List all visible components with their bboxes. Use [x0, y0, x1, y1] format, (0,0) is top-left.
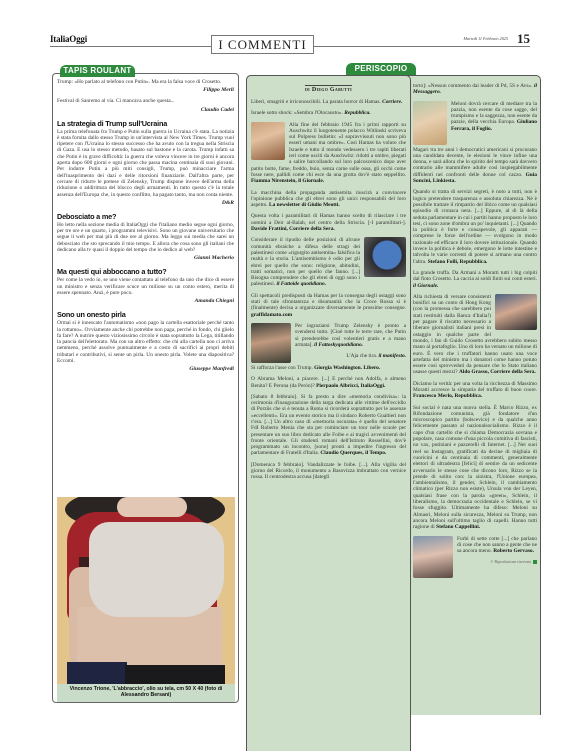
tapis-item-signature: Claudio Cadei — [57, 107, 234, 113]
letter: Debosciato a me? Ho letto nella sezione … — [57, 212, 234, 261]
quote-text: Liberi, smagriti e irriconoscibili. La p… — [251, 99, 381, 105]
letter: La strategia di Trump sull'Ucraina La pr… — [57, 119, 234, 206]
quote-source: il Fattoskyquotidiano. — [314, 342, 363, 348]
quote-source: Stefano Folli, Repubblica. — [428, 259, 488, 265]
masthead: ItaliaOggi I COMMENTI Martedì 11 Febbrai… — [50, 28, 530, 58]
quote: O Abrama Meloni, a piacere. [...] E perc… — [251, 376, 406, 389]
portrait-photo — [251, 122, 285, 160]
quote-text: Quando si tratta di servizi segreti, è n… — [413, 189, 537, 264]
periscopio-tab: PERISCOPIO — [346, 63, 416, 75]
letter-signature: Gianni Macherio — [57, 255, 234, 261]
quote: Alla fine del febbraio 1945 fra i primi … — [251, 122, 406, 185]
quote: La grande truffa. Da Armani a Moratti tu… — [413, 270, 537, 289]
quote-source: il manifesto. — [378, 353, 406, 359]
quote-source: Giorgia Washington. Libero. — [314, 365, 380, 371]
crosetto-photo — [495, 294, 537, 330]
quote: [Sabato 8 febbraio]. Si fa presto a dire… — [251, 394, 406, 457]
quote-text: Israele sotto shock: «Sembra l'Olocausto… — [251, 110, 343, 116]
tapis-item-signature: Filippo Merli — [57, 87, 234, 93]
quote-text: Considerare il ripudio delle posizioni d… — [251, 237, 360, 287]
periscopio-column-2: torto]: «Nessun commento dai leader di P… — [413, 83, 537, 580]
quote-source: il Giornale. — [413, 283, 438, 289]
quote-source: Repubblica. — [344, 110, 371, 116]
quote-source: Claudio Querques, il Tempo. — [320, 450, 386, 456]
dateline: Martedì 11 Febbraio 2025 — [464, 36, 508, 41]
letter-title: Ma questi qui abboccano a tutto? — [57, 267, 234, 276]
tapis-item-text: Festival di Sanremo al via. Ci mancava a… — [57, 98, 234, 104]
quote: Alla richiesta di versare consistenti bo… — [413, 294, 537, 376]
gervaso-photo — [413, 536, 453, 578]
tapis-item-text: Trump: «Ho parlato al telefono con Putin… — [57, 79, 234, 85]
quote-text: Gli spettacoli predisposti da Hamas per … — [251, 293, 406, 312]
letter-signature: Giuseppe Manfredi — [57, 366, 234, 372]
letter-text: Per come la vedo io, se uno viene contat… — [57, 277, 234, 296]
quote: Furbi di sette cotte [...] che parlano d… — [413, 536, 537, 555]
frame-cutout — [411, 715, 542, 725]
byline-text: di Diego Gabutti — [305, 85, 352, 93]
quote-source: Fiamma Nirenstein, il Giornale. — [251, 178, 324, 184]
byline: di Diego Gabutti — [251, 87, 406, 93]
quote-text: Si rafforza l'asse con Trump. — [251, 365, 313, 371]
quote-source: Corriere. — [382, 99, 402, 105]
quote-text: [Sabato 8 febbraio]. Si fa presto a dire… — [251, 394, 406, 457]
letter-text: La prima telefonata fra Trump e Putin su… — [57, 129, 234, 198]
tapis-roulant-tab: TAPIS ROULANT — [60, 65, 135, 77]
quote-text: torto]: «Nessun commento dai leader di P… — [413, 83, 532, 89]
meloni-photo — [413, 101, 447, 145]
letter-title: Sono un onesto pirla — [57, 310, 234, 319]
letter-signature: Amanda Chiegni — [57, 298, 234, 304]
quote: Per ingraziarsi Trump Zelensky è pronto … — [251, 323, 406, 348]
quote: Gli spettacoli predisposti da Hamas per … — [251, 293, 406, 318]
painting-image — [57, 497, 235, 686]
quote-source: Francesco Merlo, Repubblica. — [413, 393, 482, 399]
zelensky-photo — [251, 323, 291, 363]
quote-source: Stefano Cappellini. — [436, 524, 480, 530]
quote: Considerare il ripudio delle posizioni d… — [251, 237, 406, 287]
quote-text: Magari tra tre anni i democratici americ… — [413, 147, 537, 178]
tapis-item: Trump: «Ho parlato al telefono con Putin… — [57, 79, 234, 93]
letter-signature: D&R — [57, 200, 234, 206]
letter: Sono un onesto pirla Ormai si è innescat… — [57, 310, 234, 372]
quote: Israele sotto shock: «Sembra l'Olocausto… — [251, 110, 406, 116]
quote: Liberi, smagriti e irriconoscibili. La p… — [251, 99, 406, 105]
painting-caption: Vincenzo Trione, 'L'abbraccio', olio su … — [57, 684, 235, 702]
section-title: I COMMENTI — [211, 35, 314, 54]
endmark-square-icon — [533, 560, 537, 564]
quote: Questa volta i paramilitari di Hamas han… — [251, 213, 406, 232]
quote-text: Questa volta i paramilitari di Hamas han… — [251, 213, 406, 225]
quote-source: Pierpaolo Albricci, ItaliaOggi. — [316, 383, 385, 389]
quote-source: Davide Frattini, Corriere della Sera. — [251, 226, 335, 232]
quote-source: Aldo Grasso, Corriere della Sera. — [459, 369, 536, 375]
quote: Sui social è nata una nuova stella. È Ma… — [413, 405, 537, 531]
tapis-item: Festival di Sanremo al via. Ci mancava a… — [57, 98, 234, 112]
quote-text: La grande truffa. Da Armani a Moratti tu… — [413, 270, 537, 282]
newspaper-logo: ItaliaOggi — [50, 34, 87, 44]
quote: Diciamo la verità: per una volta la ricc… — [413, 381, 537, 400]
letter-text: Ho letto nella sezione media di ItaliaOg… — [57, 222, 234, 253]
letter: Ma questi qui abboccano a tutto? Per com… — [57, 267, 234, 304]
letter-title: La strategia di Trump sull'Ucraina — [57, 119, 234, 128]
quote: Magari tra tre anni i democratici americ… — [413, 147, 537, 185]
quote: torto]: «Nessun commento dai leader di P… — [413, 83, 537, 96]
quote: Si rafforza l'asse con Trump. Giorgia Wa… — [251, 365, 406, 371]
kippah-photo — [364, 237, 406, 277]
quote-source: Roberto Gervaso. — [493, 548, 534, 554]
quote-source: il Fattoide quotidiano. — [276, 281, 326, 287]
periscopio-column-1: di Diego Gabutti Liberi, smagriti e irri… — [251, 83, 406, 486]
quote-text: Sui social è nata una nuova stella. È Ma… — [413, 405, 537, 531]
letter-text: Ormai si è innescato l'automatismo «non … — [57, 320, 234, 364]
tapis-roulant-box: Trump: «Ho parlato al telefono con Putin… — [52, 73, 239, 703]
quote-text: [Domenica 9 febbraio]. Vandalizzate le f… — [251, 462, 406, 481]
quote-text: Diciamo la verità: per una volta la ricc… — [413, 381, 537, 393]
quote-text: L'Aja che tira. — [346, 353, 377, 359]
quote-source: La newsletter di Giulio Meotti. — [269, 202, 340, 208]
quote: Quando si tratta di servizi segreti, è n… — [413, 189, 537, 265]
quote-source: graffidamato.com — [251, 312, 292, 318]
letter-title: Debosciato a me? — [57, 212, 234, 221]
quote: Meloni dovrà cercare di mediare tra la p… — [413, 101, 537, 132]
quote: La macchina della propaganda antisemita … — [251, 190, 406, 209]
page-number: 15 — [517, 31, 530, 47]
endmark-text: © Riproduzione riservata — [490, 559, 531, 564]
quote: [Domenica 9 febbraio]. Vandalizzate le f… — [251, 462, 406, 481]
